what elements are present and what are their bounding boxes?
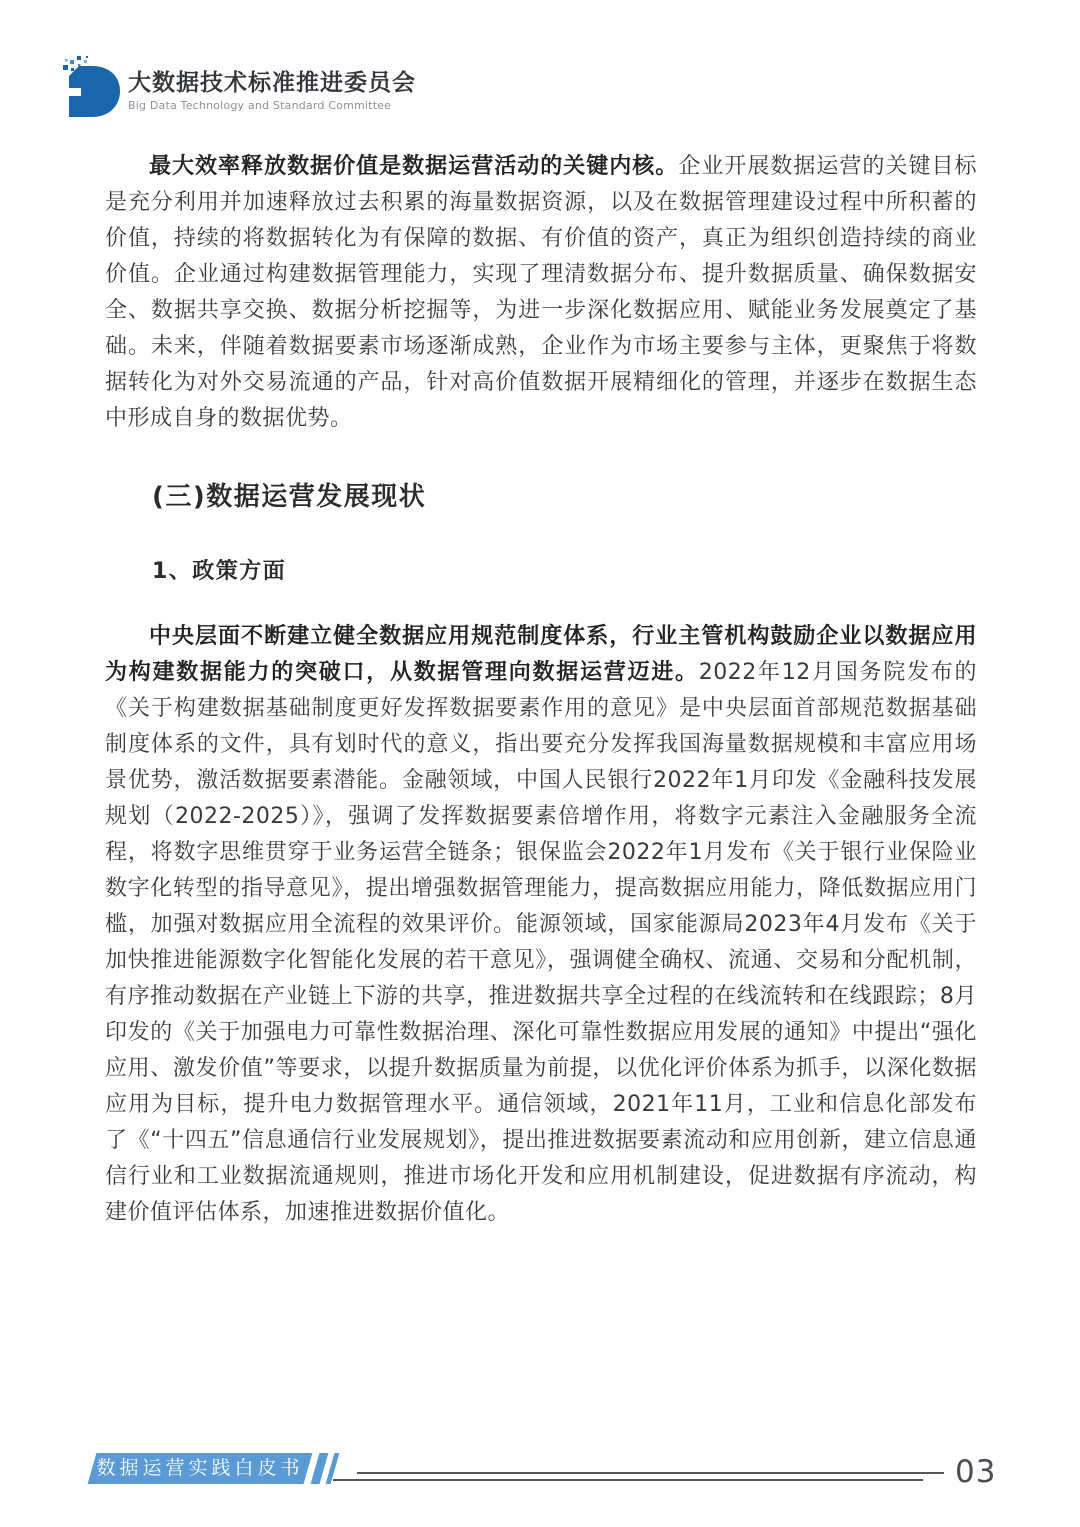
footer-banner-label: 数据运营实践白皮书 (92, 1453, 308, 1484)
footer-rule-top (357, 1472, 944, 1474)
section-heading: (三)数据运营发展现状 (152, 476, 426, 513)
logo-title-cn: 大数据技术标准推进委员会 (128, 70, 416, 96)
logo-title-en: Big Data Technology and Standard Committ… (128, 99, 416, 112)
paragraph-data-value-text: 企业开展数据运营的关键目标是充分利用并加速释放过去积累的海量数据资源，以及在数据… (105, 154, 977, 431)
logo-d-icon (62, 56, 120, 118)
paragraph-policy-text: 2022年12月国务院发布的《关于构建数据基础制度更好发挥数据要素作用的意见》是… (105, 660, 977, 1225)
footer-banner: 数据运营实践白皮书 (88, 1453, 313, 1484)
logo-text: 大数据技术标准推进委员会 Big Data Technology and Sta… (128, 56, 416, 112)
logo: 大数据技术标准推进委员会 Big Data Technology and Sta… (62, 56, 416, 118)
paragraph-policy: 中央层面不断建立健全数据应用规范制度体系，行业主管机构鼓励企业以数据应用为构建数… (105, 619, 977, 1231)
paragraph-data-value: 最大效率释放数据价值是数据运营活动的关键内核。企业开展数据运营的关键目标是充分利… (105, 149, 977, 437)
sub-heading-policy: 1、政策方面 (152, 554, 286, 585)
footer-rule-bottom (333, 1479, 923, 1481)
document-page: 大数据技术标准推进委员会 Big Data Technology and Sta… (0, 0, 1080, 1527)
page-number: 03 (955, 1454, 996, 1490)
paragraph-data-value-lead: 最大效率释放数据价值是数据运营活动的关键内核。 (149, 154, 678, 179)
